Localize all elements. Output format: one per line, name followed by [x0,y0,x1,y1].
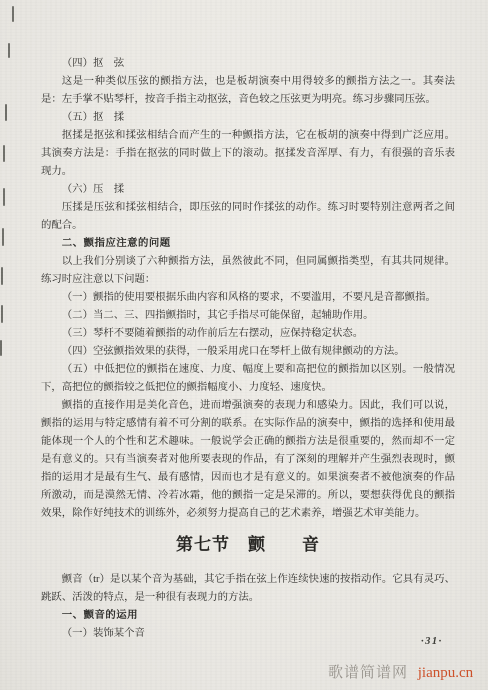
para-chanzhi-summary: 颤指的直接作用是美化音色，进而增强演奏的表现力和感染力。因此，我们可以说，颤指的… [41,397,455,523]
heading-chanzhi-issues: 二、颤指应注意的问题 [41,235,455,253]
para-kou-rou-desc: 抠揉是抠弦和揉弦相结合而产生的一种颤指方法，它在板胡的演奏中得到广泛应用。其演奏… [41,127,455,181]
edge-mark [12,6,14,22]
heading-chanyin-usage: 一、颤音的运用 [41,607,455,625]
page-content: （四）抠 弦 这是一种类似压弦的颤指方法，也是板胡演奏中用得较多的颤指方法之一。… [41,55,455,643]
subheading-kou-xian: （四）抠 弦 [41,55,455,73]
list-item-2: （二）当二、三、四指颤指时，其它手指尽可能保留，起辅助作用。 [41,307,455,325]
para-kou-xian-desc: 这是一种类似压弦的颤指方法，也是板胡演奏中用得较多的颤指方法之一。其奏法是：左手… [41,73,455,109]
page-number: ·31· [421,636,443,647]
list-item-5: （五）中低把位的颤指在速度、力度、幅度上要和高把位的颤指加以区别。一般情况下，高… [41,361,455,397]
edge-mark [0,340,2,356]
list-item-4: （四）空弦颤指效果的获得，一般采用虎口在琴杆上做有规律颤动的方法。 [41,343,455,361]
watermark: 歌谱简谱网 jianpu.cn [328,661,473,682]
edge-mark [1,267,3,285]
para-chanyin-intro: 颤音（tr）是以某个音为基础，其它手指在弦上作连续快速的按指动作。它具有灵巧、跳… [41,571,455,607]
scanned-book-page: （四）抠 弦 这是一种类似压弦的颤指方法，也是板胡演奏中用得较多的颤指方法之一。… [0,0,488,690]
edge-mark [8,43,10,58]
edge-mark [3,145,5,162]
subheading-ya-rou: （六）压 揉 [41,181,455,199]
edge-mark [3,188,5,206]
para-decorate-note: （一）装饰某个音 [41,625,455,643]
list-item-3: （三）琴杆不要随着颤指的动作前后左右摆动，应保持稳定状态。 [41,325,455,343]
edge-mark [5,104,7,121]
subheading-kou-rou: （五）抠 揉 [41,109,455,127]
para-ya-rou-desc: 压揉是压弦和揉弦相结合，即压弦的同时作揉弦的动作。练习时要特别注意两者之间的配合… [41,199,455,235]
edge-mark [1,305,3,323]
watermark-site-name: 歌谱简谱网 [328,665,408,681]
watermark-site-url: jianpu.cn [418,665,473,681]
edge-mark [2,228,4,246]
para-issues-intro: 以上我们分别谈了六种颤指方法，虽然彼此不同，但同属颤指类型，有其共同规律。练习时… [41,253,455,289]
section-title-chanyin: 第七节 颤 音 [41,533,455,557]
list-item-1: （一）颤指的使用要根据乐曲内容和风格的要求，不要滥用，不要凡是音都颤指。 [41,289,455,307]
